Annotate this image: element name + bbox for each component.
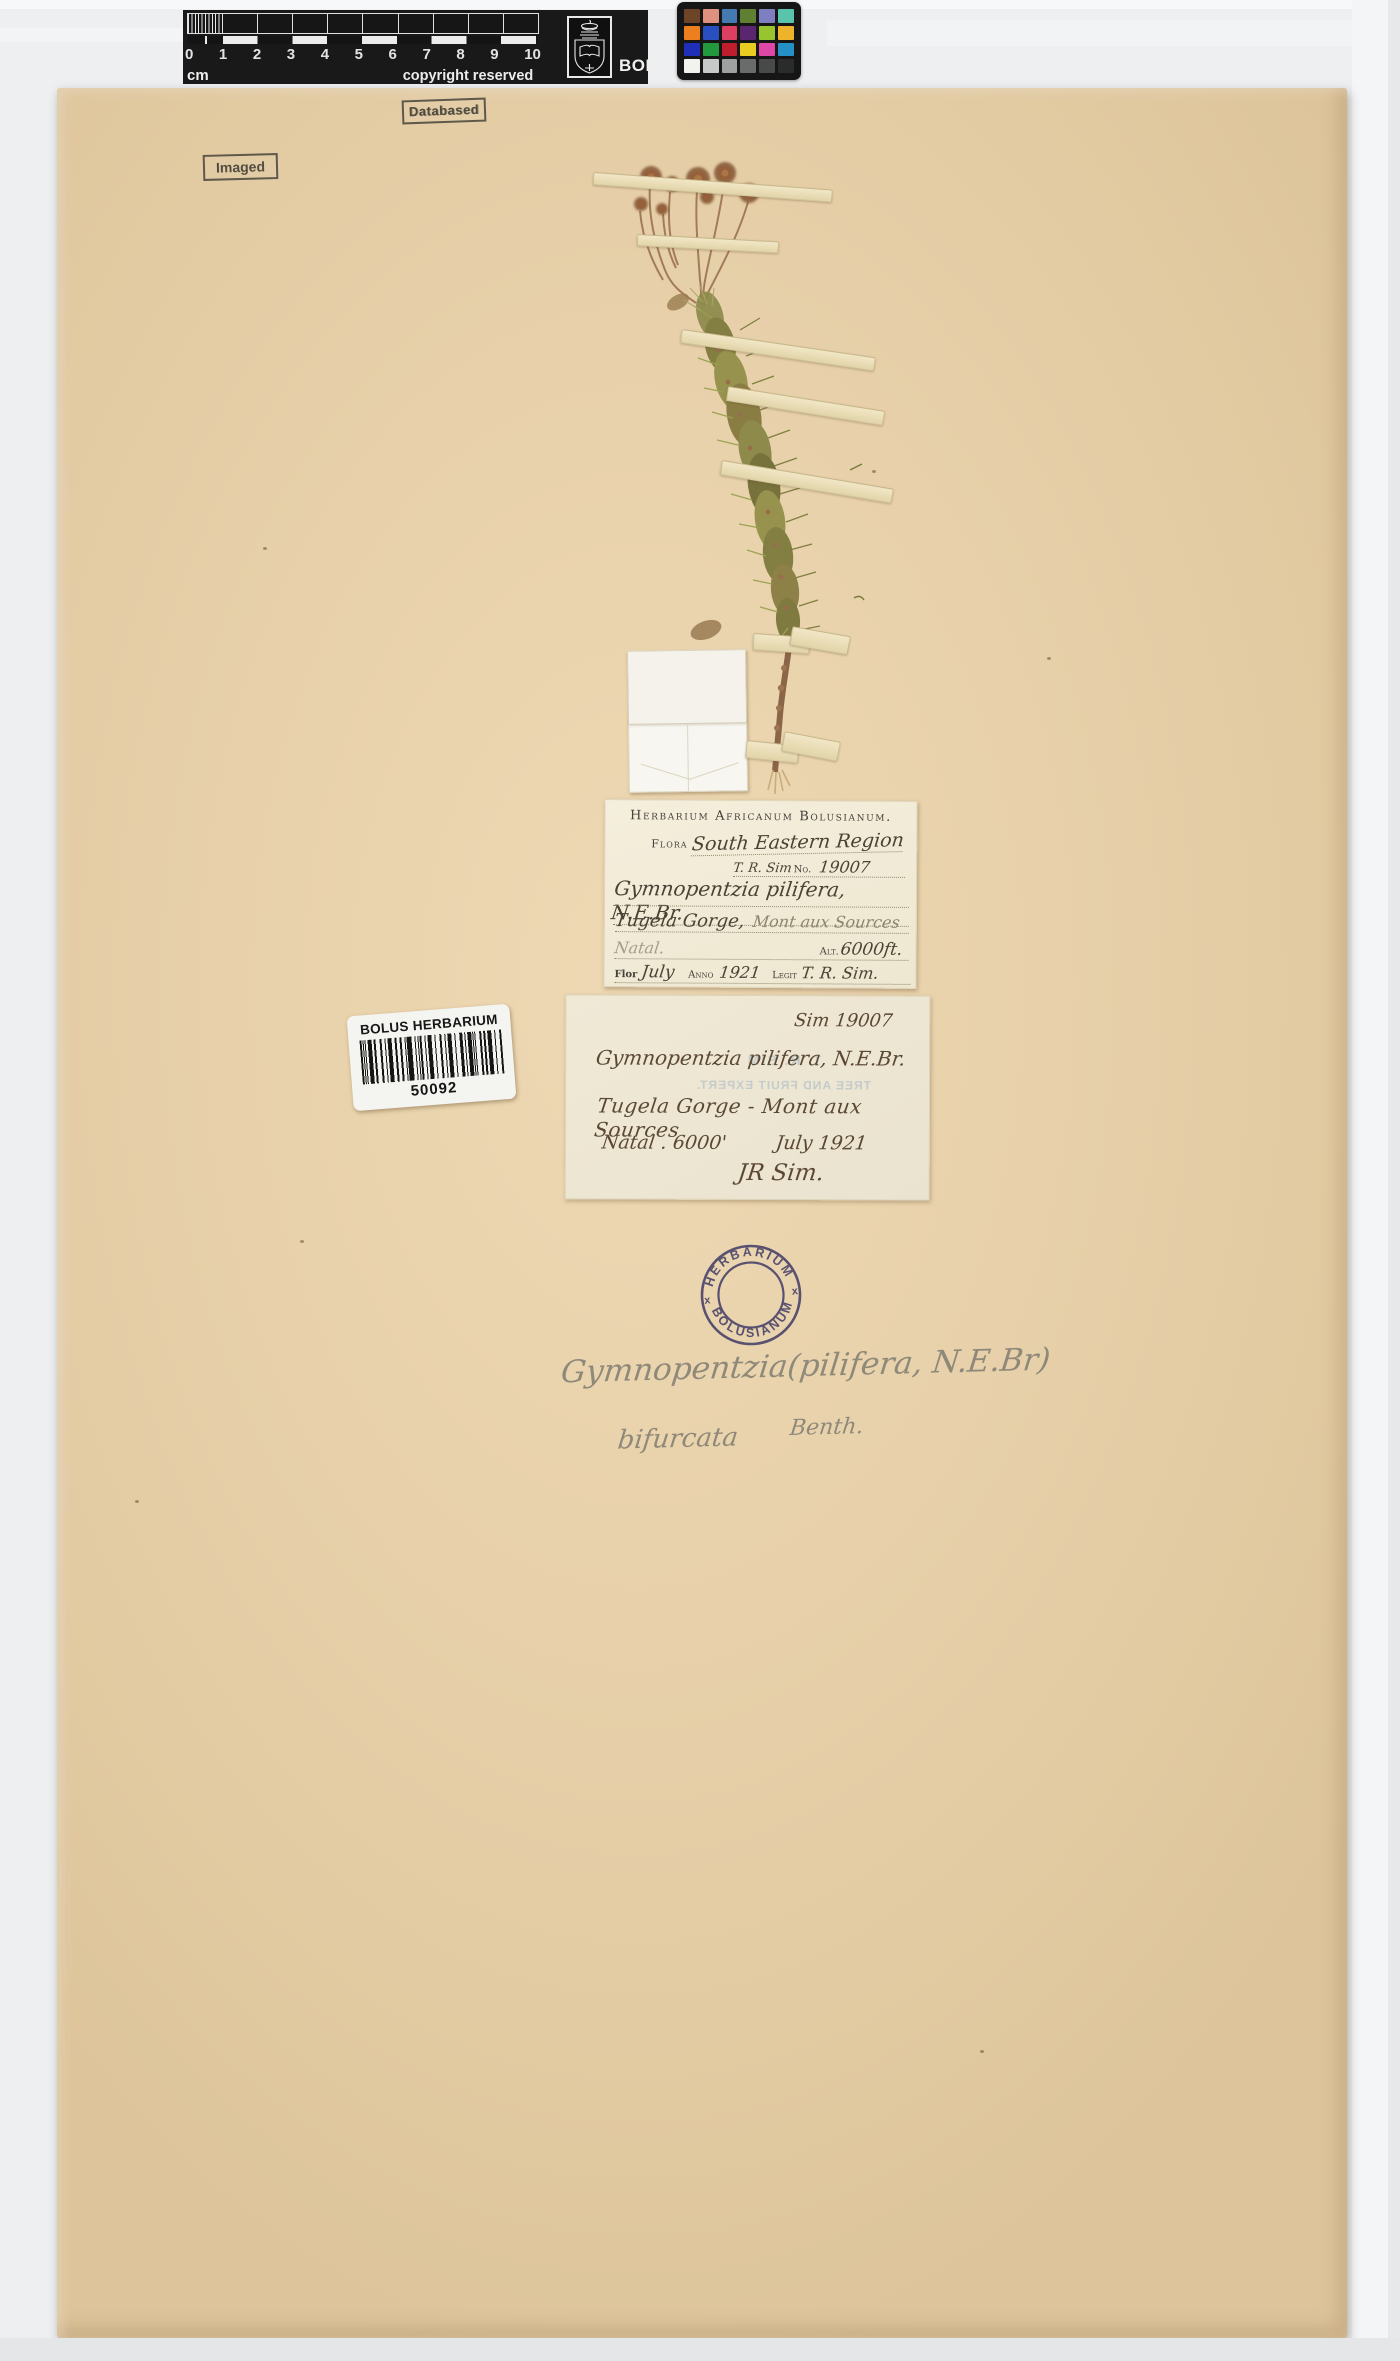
- anno-value: 1921: [718, 963, 761, 982]
- ruler-number: 9: [490, 46, 498, 63]
- date: July 1921: [774, 1132, 868, 1154]
- color-chip: [759, 43, 775, 57]
- ruler-number: 0: [185, 46, 193, 63]
- speck: [135, 1500, 139, 1503]
- speck: [1047, 657, 1051, 660]
- alt-caption: Alt.: [820, 946, 839, 957]
- ruler-ticks: [187, 13, 539, 34]
- color-chip: [684, 26, 700, 40]
- ruler-number: 1: [219, 46, 227, 63]
- woody-stem: [768, 638, 791, 794]
- color-chip: [703, 9, 719, 23]
- collector-number: 19007: [818, 857, 871, 876]
- legit-value: T. R. Sim.: [801, 963, 880, 982]
- no-caption: No.: [794, 864, 812, 875]
- envelope-flap: [628, 650, 746, 725]
- legit-caption: Legit: [772, 970, 797, 981]
- ruler-mm-cell: [188, 14, 222, 33]
- scanner-strip: [1352, 0, 1388, 2361]
- color-checker: [677, 2, 801, 80]
- stamp-left-mark: x: [704, 1294, 712, 1307]
- color-chip: [740, 26, 756, 40]
- ruler-number: 7: [422, 46, 430, 63]
- ruler-number: 10: [524, 46, 541, 63]
- color-chip: [684, 43, 700, 57]
- scanner-band: [0, 28, 183, 42]
- color-chip: [722, 43, 738, 57]
- ruler-number: 3: [287, 46, 295, 63]
- collector-name: T. R. Sim: [732, 861, 792, 876]
- speck: [300, 1240, 304, 1243]
- color-chip: [684, 9, 700, 23]
- alt-value: 6000ft.: [840, 939, 904, 959]
- collection-number: Sim 19007: [793, 1010, 894, 1031]
- locality-extra: Mont aux Sources: [751, 912, 900, 932]
- color-chip: [722, 59, 738, 73]
- speck: [263, 547, 267, 550]
- label-header: Herbarium Africanum Bolusianum.: [630, 808, 892, 825]
- ruler-number: 5: [355, 46, 363, 63]
- color-chip: [759, 9, 775, 23]
- scan-stage: 012345678910 cm copyright reserved BOL D…: [0, 0, 1400, 2361]
- color-chip: [778, 43, 794, 57]
- ruler-numbers: 012345678910: [183, 46, 543, 63]
- flora-caption: Flora: [651, 837, 687, 850]
- round-stamp: HERBARIUM BOLUSIANUM x x: [686, 1230, 816, 1360]
- color-chip: [778, 26, 794, 40]
- signature: JR Sim.: [736, 1160, 825, 1186]
- color-chip: [759, 26, 775, 40]
- ruler-number: 4: [321, 46, 329, 63]
- databased-stamp: Databased: [402, 98, 487, 125]
- annotation-species: bifurcata: [616, 1422, 740, 1455]
- bol-code: BOL: [619, 56, 656, 76]
- imaged-stamp: Imaged: [203, 153, 279, 181]
- speck: [980, 2050, 984, 2053]
- scanner-band: [827, 20, 1400, 46]
- flor-caption: Flor: [614, 969, 637, 980]
- locality-main: Tugela Gorge,: [613, 910, 745, 932]
- stamp-text-bottom: BOLUSIANUM: [708, 1297, 799, 1345]
- color-chip: [684, 59, 700, 73]
- color-chip: [722, 9, 738, 23]
- color-chip: [759, 59, 775, 73]
- color-chip: [703, 26, 719, 40]
- annotation-author: Benth.: [788, 1414, 864, 1441]
- fragment-envelope: [627, 649, 748, 793]
- taxon-name: Gymnopentzia pilifera, N.E.Br.: [595, 1045, 907, 1070]
- main-label: Herbarium Africanum Bolusianum. Flora So…: [603, 799, 917, 989]
- color-chip: [703, 43, 719, 57]
- color-chip: [778, 9, 794, 23]
- copyright-label: copyright reserved: [383, 68, 553, 84]
- ruler-number: 8: [456, 46, 464, 63]
- province: Natal.: [613, 938, 665, 957]
- flor-value: July: [640, 962, 675, 982]
- barcode-label: BOLUS HERBARIUM 50092: [347, 1004, 517, 1111]
- scanner-edge: [1388, 0, 1400, 2361]
- flora-value: South Eastern Region: [691, 829, 905, 856]
- ruler-number: 6: [389, 46, 397, 63]
- secondary-label: T. R. SIM TREE AND FRUIT EXPERT. Sim 190…: [565, 994, 931, 1200]
- color-chip: [722, 26, 738, 40]
- color-checker-grid: [684, 9, 794, 73]
- speck: [872, 470, 876, 473]
- ruler-number: 2: [253, 46, 261, 63]
- ruler-unit-label: cm: [187, 67, 209, 84]
- color-chip: [740, 9, 756, 23]
- color-chip: [778, 59, 794, 73]
- anno-caption: Anno: [688, 970, 713, 981]
- svg-text:HERBARIUM: HERBARIUM: [698, 1240, 797, 1290]
- svg-text:BOLUSIANUM: BOLUSIANUM: [708, 1297, 799, 1345]
- color-chip: [703, 59, 719, 73]
- color-chip: [740, 59, 756, 73]
- scanner-bed-bottom: [0, 2338, 1400, 2361]
- stamp-text-top: HERBARIUM: [698, 1240, 797, 1290]
- province-altitude: Natal . 6000': [600, 1131, 727, 1153]
- scale-bar: 012345678910 cm copyright reserved BOL: [183, 10, 648, 84]
- color-chip: [740, 43, 756, 57]
- bol-crest-icon: [567, 16, 612, 78]
- ruler-blocks: [188, 36, 537, 44]
